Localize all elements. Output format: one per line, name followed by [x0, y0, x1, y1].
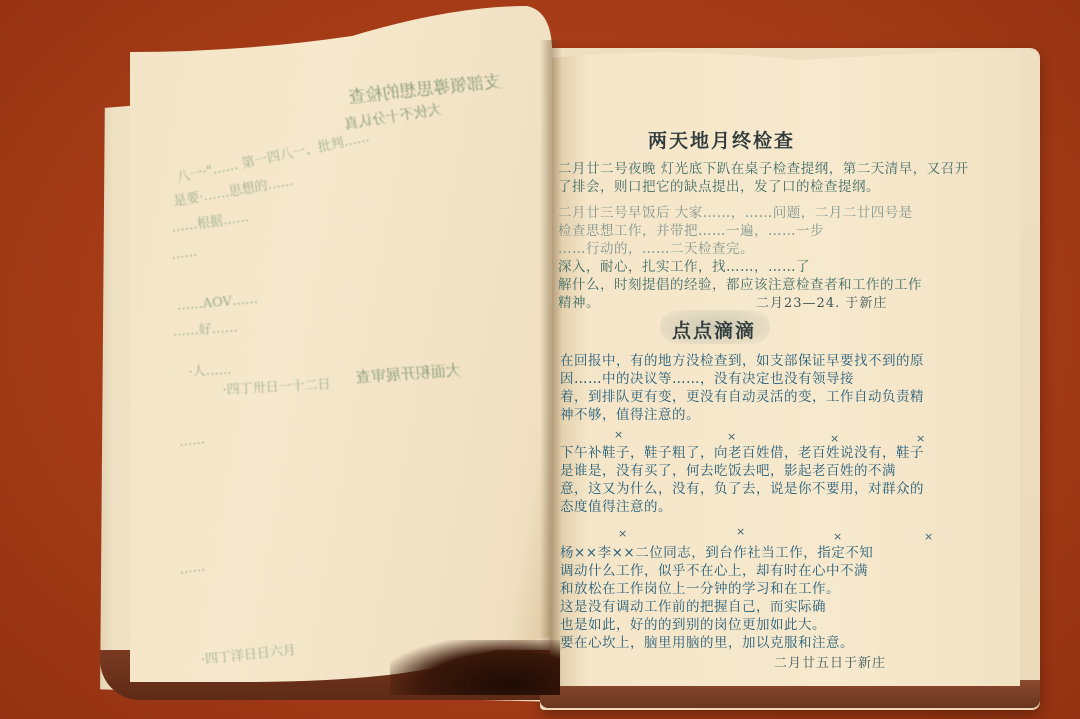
- section2-line: 意，这又为什么，没有，负了去，说是你不要用，对群众的: [560, 480, 924, 498]
- section1-line: ……行动的，……二天检查完。: [558, 240, 754, 258]
- notebook: 支部領導思想的检查 大伙不十分认真 八一·"…… 第一四八一、批判…… 是要·……: [0, 0, 1080, 719]
- correction-mark: ×: [618, 527, 627, 540]
- section2-line: 着，到排队更有变，更没有自动灵活的变，工作自动负责精: [560, 388, 924, 406]
- section2-line: 杨××李××二位同志，到台作社当工作，指定不知: [560, 544, 873, 562]
- section2-line: 神不够，值得注意的。: [560, 406, 700, 424]
- bleed-line: ……: [170, 242, 198, 266]
- section2-line: 和放松在工作岗位上一分钟的学习和在工作。: [560, 580, 840, 598]
- section1-line: 二月廿二号夜晚 灯光底下趴在桌子检查提纲，第二天清早，又召开: [558, 160, 969, 178]
- section2-line: 因……中的决议等……，没有决定也没有领导接: [560, 370, 854, 388]
- section2-line: 也是如此，好的的到别的岗位更加如此大。: [560, 616, 826, 634]
- correction-mark: ×: [833, 530, 842, 543]
- section1-line: 检查思想工作，并带把……一遍，……一步: [558, 222, 824, 240]
- section2-line: 这是没有调动工作前的把握自己，而实际确: [560, 598, 826, 616]
- correction-mark: ×: [727, 430, 736, 443]
- section2-line: 是谁是，没有买了，何去吃饭去吧，影起老百姓的不满: [560, 462, 896, 480]
- section1-line: 精神。: [558, 294, 600, 312]
- section2-line: 要在心坎上，脑里用脑的里，加以克服和注意。: [560, 634, 854, 652]
- correction-mark: ×: [924, 530, 933, 543]
- correction-mark: ×: [614, 428, 623, 441]
- section2-line: 在回报中，有的地方没检查到，如支部保证早要找不到的原: [560, 352, 924, 370]
- section2-signature: 二月廿五日于新庄: [774, 652, 886, 671]
- spine-shadow: [540, 40, 562, 690]
- bleed-line: ……: [178, 429, 206, 453]
- correction-mark: ×: [736, 525, 745, 538]
- section2-line: 态度值得注意的。: [560, 498, 672, 516]
- page-curl-shadow: [390, 640, 560, 695]
- left-page: [122, 6, 552, 686]
- section1-line: 了排会，则口把它的缺点提出，发了口的检查提纲。: [558, 178, 880, 196]
- bleed-line: ……: [178, 556, 207, 580]
- section1-title: 两天地月终检查: [648, 126, 795, 153]
- section2-line: 下午补鞋子，鞋子粗了，向老百姓借，老百姓说没有，鞋子: [560, 444, 924, 462]
- section1-signature: 二月23—24. 于新庄: [756, 292, 887, 311]
- section2-line: 调动什么工作，似乎不在心上，却有时在心中不满: [560, 562, 868, 580]
- section1-line: 深入，耐心，扎实工作，找……，……了: [558, 258, 810, 276]
- section2-title: 点点滴滴: [672, 316, 756, 343]
- section1-line: 二月廿三号早饭后 大家……，……问题，二月二廿四号是: [558, 204, 913, 222]
